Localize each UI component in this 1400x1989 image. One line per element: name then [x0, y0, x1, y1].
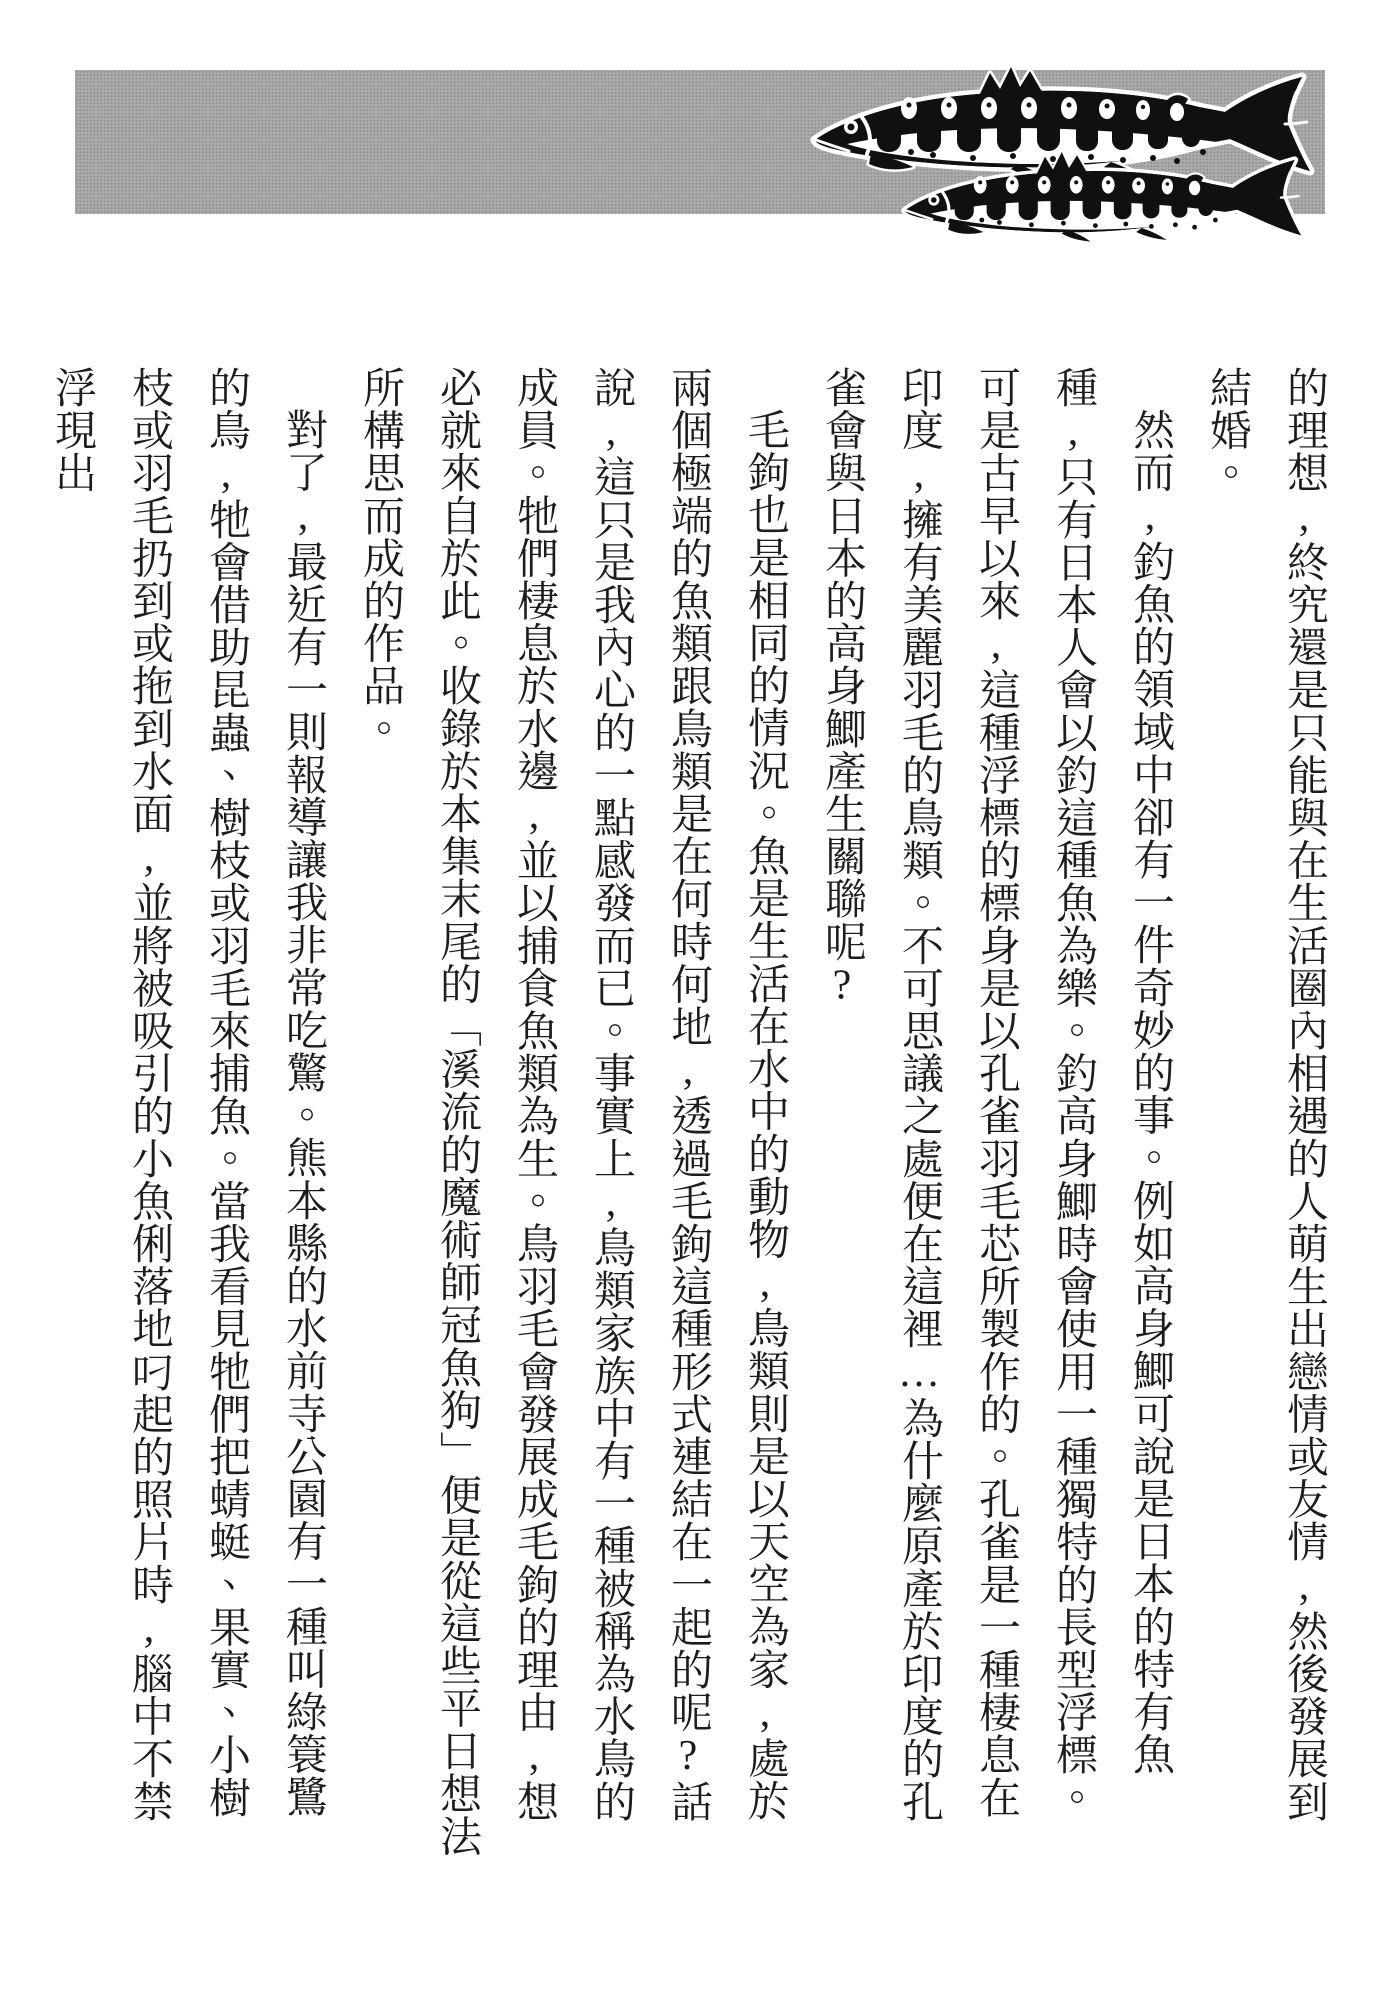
essay-paragraph-2: 然而,釣魚的領域中卻有一件奇妙的事。例如高身鯽可說是日本的特有魚種,只有日本人會… [803, 366, 1188, 1858]
chapter-header-banner [75, 70, 1325, 214]
trout-pair-illustration [75, 30, 1325, 270]
essay-text-block: 的理想,終究還是只能與在生活圈內相遇的人萌生出戀情或友情,然後發展到結婚。 然而… [33, 366, 1342, 1858]
essay-paragraph-1: 的理想,終究還是只能與在生活圈內相遇的人萌生出戀情或友情,然後發展到結婚。 [1188, 366, 1342, 1858]
essay-paragraph-4: 對了,最近有一則報導讓我非常吃驚。熊本縣的水前寺公園有一種叫綠簑鷺的鳥,牠會借助… [33, 366, 341, 1858]
essay-paragraph-3: 毛鉤也是相同的情況。魚是生活在水中的動物,鳥類則是以天空為家,處於兩個極端的魚類… [341, 366, 803, 1858]
book-page: 的理想,終究還是只能與在生活圈內相遇的人萌生出戀情或友情,然後發展到結婚。 然而… [0, 0, 1400, 1989]
